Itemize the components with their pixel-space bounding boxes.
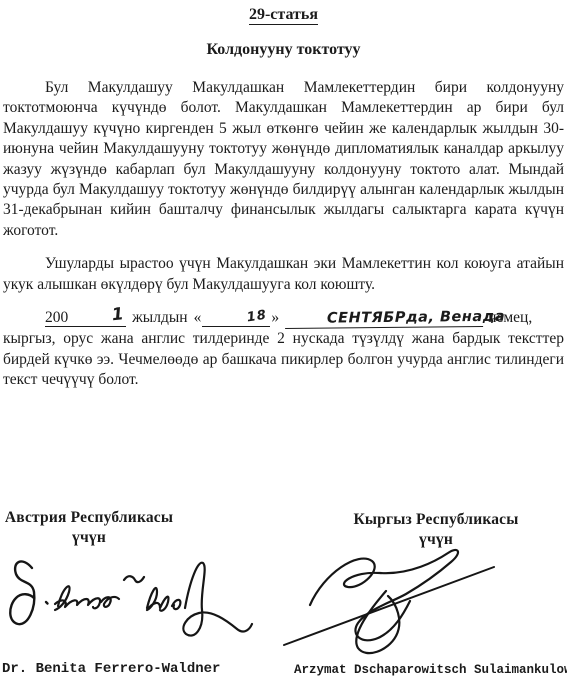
signature-party-kyrgyz: Кыргыз Республикасы <box>350 510 522 530</box>
signatory-name-kyrgyz: Arzymat Dschaparowitsch Sulaimankulow <box>294 663 567 677</box>
year-handwritten: 1 <box>67 304 127 330</box>
quote-close: » <box>271 309 279 326</box>
signature-for-word-austria: үчүн <box>0 528 178 548</box>
section-title: Колдонууну токтотуу <box>0 41 567 59</box>
sulaimankulow-signature-image <box>280 543 505 658</box>
signature-block-austria: Австрия Республикасы үчүн <box>0 508 178 548</box>
year-typed: 200 <box>45 309 68 326</box>
paragraph-date-place: 2001жылдын«18»СЕНТЯБРда, Венаданемец, кы… <box>3 307 564 391</box>
year-blank: 2001 <box>45 309 126 327</box>
paragraph-witness: Ушуларды ырастоо үчүн Макулдашкан эки Ма… <box>3 254 564 295</box>
article-title-text: 29-статья <box>249 6 318 25</box>
signature-party-austria: Австрия Республикасы <box>0 508 178 528</box>
month-place-handwritten: СЕНТЯБРда, Венада <box>327 309 505 327</box>
quote-open: « <box>194 309 202 326</box>
treaty-document-page: 29-статья Колдонууну токтотуу Бул Макулд… <box>0 0 567 684</box>
signatory-name-austria: Dr. Benita Ferrero-Waldner <box>2 661 220 677</box>
ferrero-waldner-signature-image <box>2 550 257 650</box>
paragraph-termination: Бул Макулдашуу Макулдашкан Мамлекеттерди… <box>3 78 564 241</box>
month-place-blank: СЕНТЯБРда, Венада <box>285 308 483 329</box>
day-blank: 18 <box>202 309 270 327</box>
word-year: жылдын <box>132 309 187 326</box>
article-title: 29-статья <box>0 0 567 24</box>
